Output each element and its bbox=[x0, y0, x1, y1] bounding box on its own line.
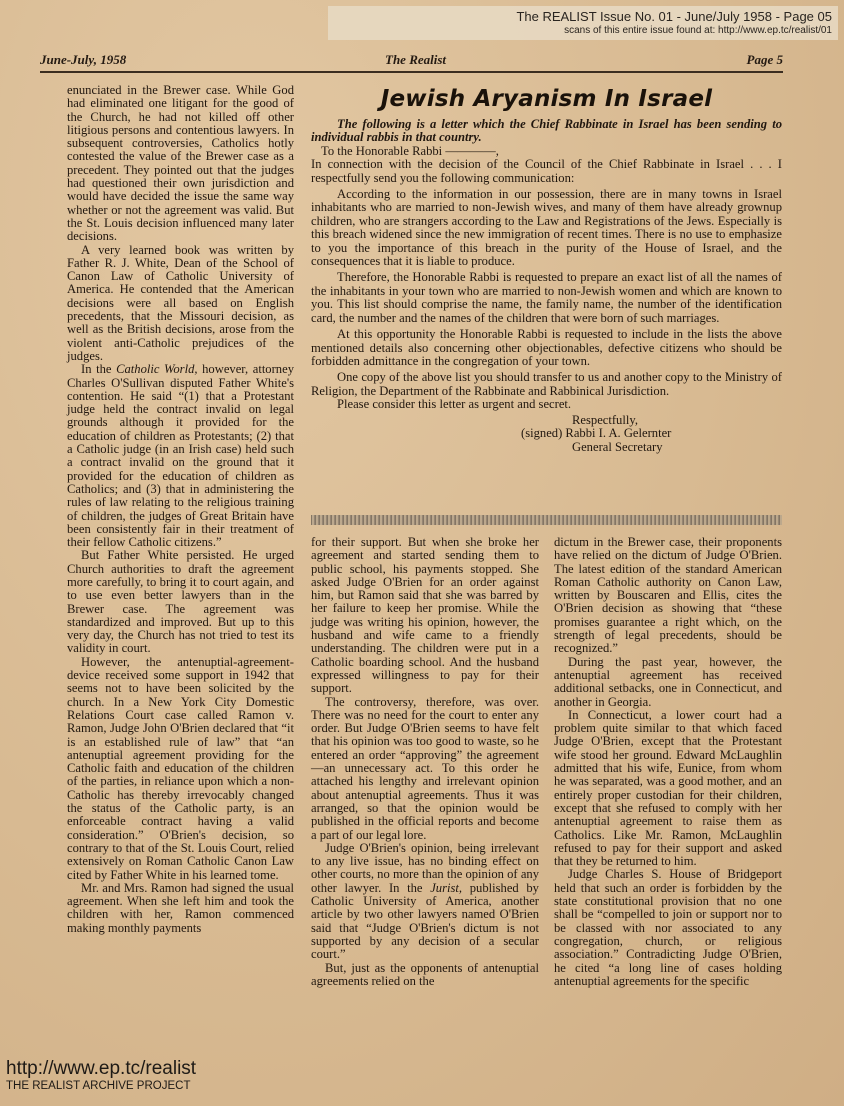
publication-name: The Realist bbox=[385, 52, 446, 68]
publication-title: Catholic World, bbox=[116, 362, 197, 376]
paragraph: But Father White persisted. He urged Chu… bbox=[67, 549, 294, 655]
paragraph: However, the antenuptial-agreement-devic… bbox=[67, 656, 294, 882]
column-3: dictum in the Brewer case, their propone… bbox=[554, 536, 782, 988]
article-intro: The following is a letter which the Chie… bbox=[311, 118, 782, 145]
page-number: Page 5 bbox=[747, 52, 783, 68]
paragraph: A very learned book was written by Fathe… bbox=[67, 244, 294, 364]
letter-opening: In connection with the decision of the C… bbox=[311, 158, 782, 185]
paragraph: During the past year, however, the anten… bbox=[554, 656, 782, 709]
watermark-source: scans of this entire issue found at: htt… bbox=[328, 24, 832, 37]
letter-salutation: To the Honorable Rabbi ————, bbox=[311, 145, 782, 158]
letter-closing-line: Please consider this letter as urgent an… bbox=[311, 398, 782, 411]
letter-paragraph: At this opportunity the Honorable Rabbi … bbox=[311, 328, 782, 368]
paragraph: Judge Charles S. House of Bridgeport hel… bbox=[554, 868, 782, 988]
valediction: Respectfully, bbox=[521, 414, 782, 428]
publication-title: Jurist, bbox=[430, 881, 462, 895]
signer-title: General Secretary bbox=[521, 441, 782, 455]
article-title: Jewish Aryanism In Israel bbox=[311, 86, 782, 112]
letter-paragraph: According to the information in our poss… bbox=[311, 188, 782, 268]
letter-body: The following is a letter which the Chie… bbox=[311, 118, 782, 454]
archive-project-name: THE REALIST ARCHIVE PROJECT bbox=[6, 1079, 196, 1093]
archive-url[interactable]: http://www.ep.tc/realist bbox=[6, 1058, 196, 1079]
archive-footer: http://www.ep.tc/realist THE REALIST ARC… bbox=[6, 1058, 196, 1093]
paragraph: The controversy, therefore, was over. Th… bbox=[311, 696, 539, 842]
signature: (signed) Rabbi I. A. Gelernter bbox=[521, 427, 782, 441]
paragraph: In Connecticut, a lower court had a prob… bbox=[554, 709, 782, 869]
page-header: June-July, 1958 The Realist Page 5 bbox=[40, 52, 783, 73]
paragraph: enunciated in the Brewer case. While God… bbox=[67, 84, 294, 244]
text-run: however, attorney Charles O'Sullivan dis… bbox=[67, 362, 294, 549]
section-divider bbox=[311, 515, 782, 525]
paragraph: for their support. But when she broke he… bbox=[311, 536, 539, 696]
archive-watermark: The REALIST Issue No. 01 - June/July 195… bbox=[328, 6, 838, 40]
text-run: In the bbox=[81, 362, 116, 376]
letter-paragraph: Therefore, the Honorable Rabbi is reques… bbox=[311, 271, 782, 325]
column-1: enunciated in the Brewer case. While God… bbox=[67, 84, 294, 935]
watermark-title: The REALIST Issue No. 01 - June/July 195… bbox=[328, 9, 832, 24]
column-2: for their support. But when she broke he… bbox=[311, 536, 539, 988]
paragraph: Mr. and Mrs. Ramon had signed the usual … bbox=[67, 882, 294, 935]
paragraph: Judge O'Brien's opinion, being irrelevan… bbox=[311, 842, 539, 962]
paragraph: But, just as the opponents of antenuptia… bbox=[311, 962, 539, 989]
letter-signoff: Respectfully, (signed) Rabbi I. A. Geler… bbox=[521, 414, 782, 455]
paragraph: dictum in the Brewer case, their propone… bbox=[554, 536, 782, 656]
paragraph: In the Catholic World, however, attorney… bbox=[67, 363, 294, 549]
issue-date: June-July, 1958 bbox=[40, 52, 126, 68]
letter-paragraph: One copy of the above list you should tr… bbox=[311, 371, 782, 398]
